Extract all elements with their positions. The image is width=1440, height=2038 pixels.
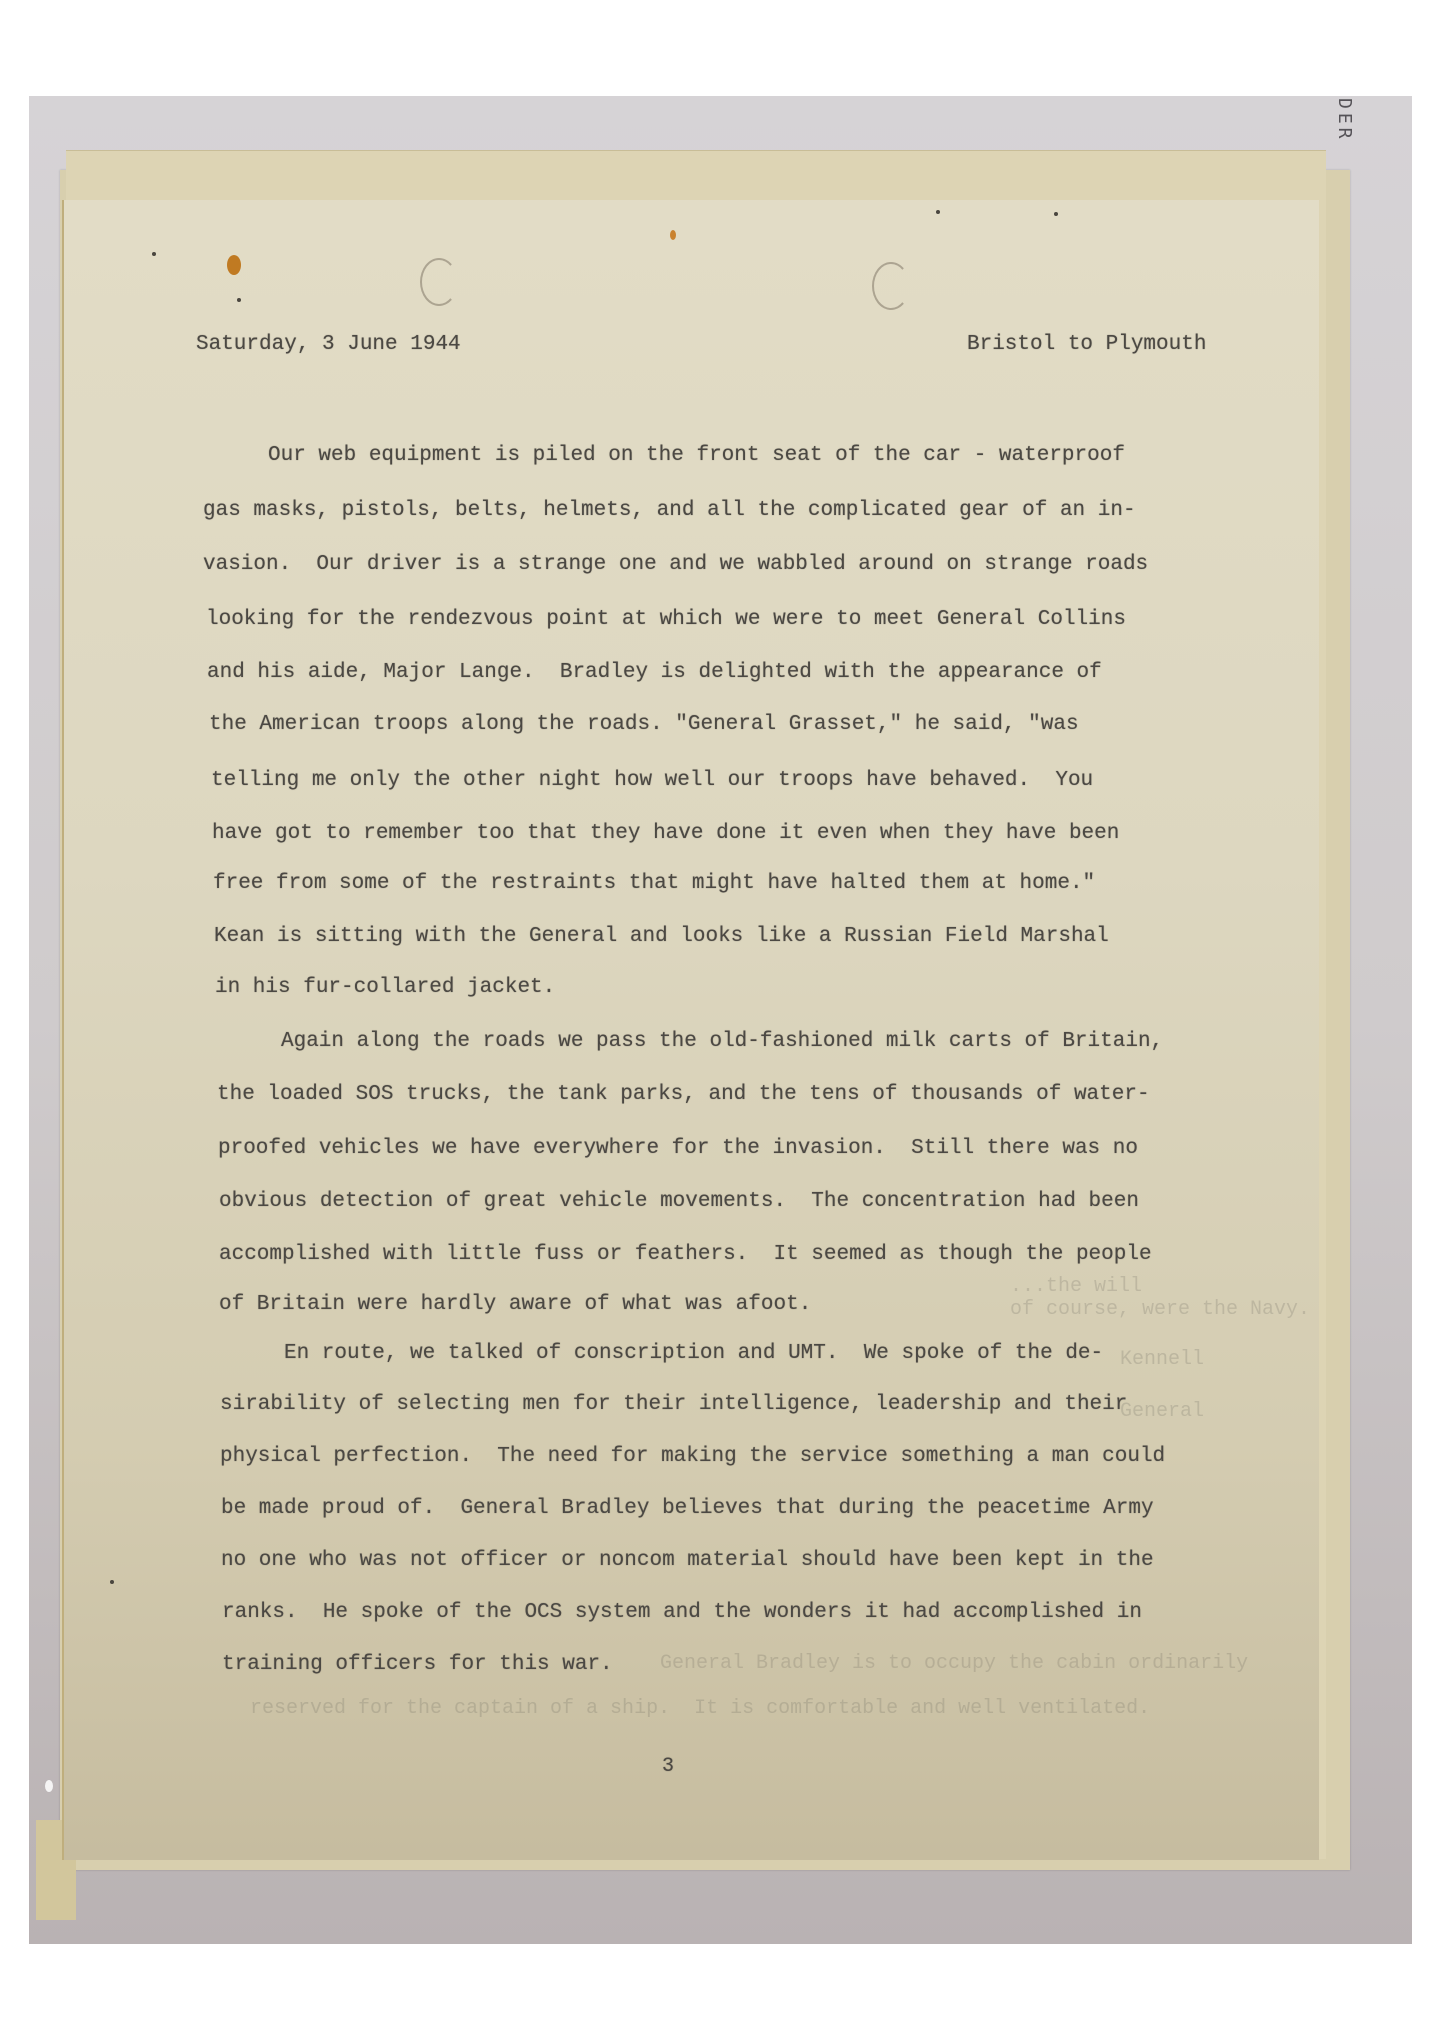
body-line: ranks. He spoke of the OCS system and th…: [222, 1601, 1142, 1624]
page-number: 3: [662, 1755, 674, 1778]
bleed-through-text: ...the will: [1010, 1275, 1142, 1298]
body-line: Our web equipment is piled on the front …: [268, 444, 1125, 467]
entry-route: Bristol to Plymouth: [967, 333, 1206, 356]
bleed-through-text: General Bradley is to occupy the cabin o…: [660, 1652, 1248, 1675]
bleed-through-text: of course, were the Navy.: [1010, 1298, 1310, 1321]
bleed-through-text: General: [1120, 1400, 1204, 1423]
body-line: and his aide, Major Lange. Bradley is de…: [207, 661, 1102, 684]
body-line: En route, we talked of conscription and …: [284, 1342, 1103, 1365]
body-line: gas masks, pistols, belts, helmets, and …: [203, 499, 1136, 522]
body-line: Again along the roads we pass the old-fa…: [281, 1030, 1163, 1053]
body-line: sirability of selecting men for their in…: [220, 1393, 1127, 1416]
body-line: telling me only the other night how well…: [211, 769, 1093, 792]
bleed-through-text: Kennell: [1120, 1348, 1204, 1371]
body-line: vasion. Our driver is a strange one and …: [203, 553, 1148, 576]
body-line: no one who was not officer or noncom mat…: [221, 1549, 1154, 1572]
body-line: be made proud of. General Bradley believ…: [221, 1497, 1154, 1520]
body-line: have got to remember too that they have …: [212, 822, 1119, 845]
body-line: looking for the rendezvous point at whic…: [206, 608, 1126, 631]
entry-date: Saturday, 3 June 1944: [196, 333, 461, 356]
body-line: the American troops along the roads. "Ge…: [209, 713, 1079, 736]
body-line: obvious detection of great vehicle movem…: [219, 1190, 1139, 1213]
body-line: physical perfection. The need for making…: [220, 1445, 1165, 1468]
body-line: free from some of the restraints that mi…: [213, 872, 1095, 895]
body-line: accomplished with little fuss or feather…: [219, 1243, 1152, 1266]
body-line: in his fur-collared jacket.: [215, 976, 555, 999]
body-line: Kean is sitting with the General and loo…: [214, 925, 1109, 948]
body-line: the loaded SOS trucks, the tank parks, a…: [217, 1083, 1150, 1106]
body-line: training officers for this war.: [222, 1653, 613, 1676]
typed-text-layer: Saturday, 3 June 1944 Bristol to Plymout…: [0, 0, 1440, 2038]
bleed-through-text: reserved for the captain of a ship. It i…: [250, 1697, 1150, 1720]
body-line: proofed vehicles we have everywhere for …: [218, 1137, 1138, 1160]
body-line: of Britain were hardly aware of what was…: [219, 1293, 811, 1316]
